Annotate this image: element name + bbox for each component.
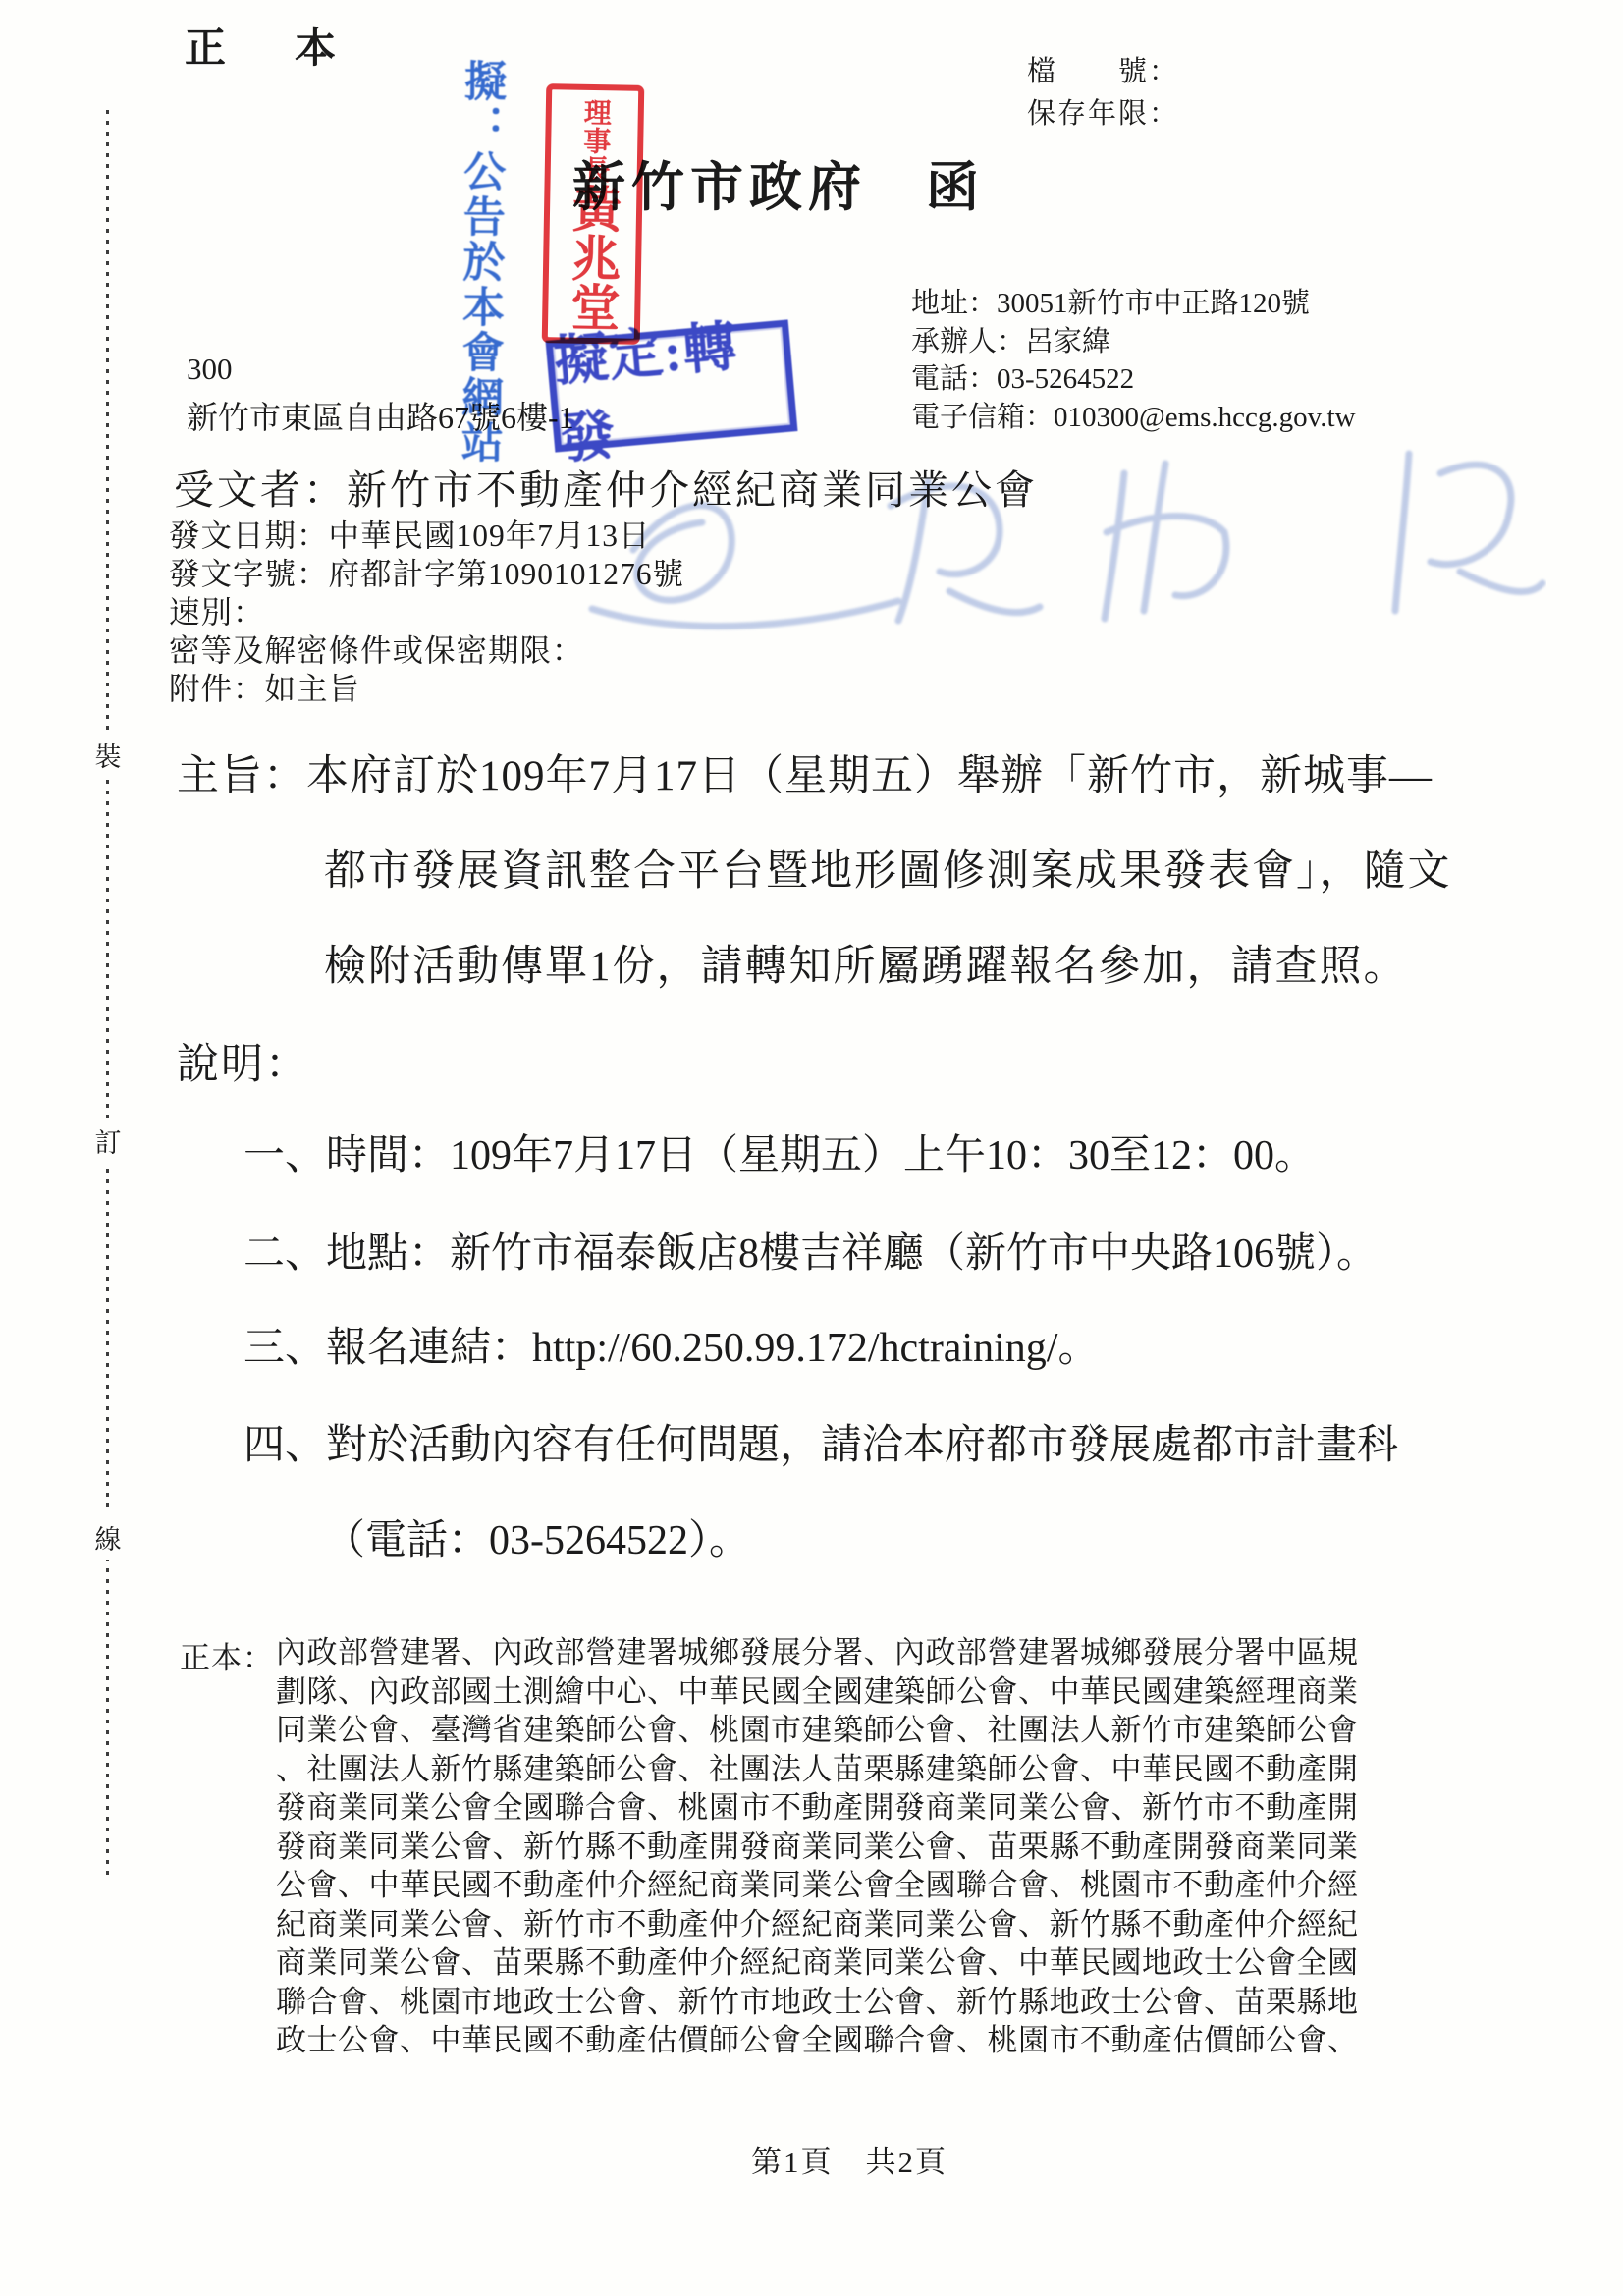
distribution-line: 政士公會、中華民國不動產估價師公會全國聯合會、桃園市不動產估價師公會、 — [276, 2021, 1434, 2060]
sender-phone: 電話：03-5264522 — [911, 360, 1356, 399]
distribution-line: 紀商業同業公會、新竹市不動產仲介經紀商業同業公會、新竹縣不動產仲介經紀 — [276, 1905, 1434, 1944]
scanned-official-letter: 裝 訂 線 正 本 檔 號： 保存年限： 新竹市政府 函 地址：30051新竹市… — [0, 0, 1623, 2296]
sender-address: 地址：30051新竹市中正路120號 — [911, 285, 1356, 323]
file-number-block: 檔 號： 保存年限： — [1027, 51, 1179, 136]
explanation-item-2: 二、地點：新竹市福泰飯店8樓吉祥廳（新竹市中央路106號）。 — [243, 1221, 1378, 1280]
binding-dotted-line — [106, 110, 109, 1881]
recipient-street-address: 新竹市東區自由路67號6樓-1 — [187, 393, 574, 438]
explanation-item-1: 一、時間：109年7月17日（星期五）上午10：30至12：00。 — [243, 1122, 1316, 1181]
handwritten-blue-note: 擬：公告於本會網站 — [448, 59, 513, 571]
chairman-name-stamp: 理事長黃兆堂 — [542, 83, 645, 345]
handwritten-signature-scribble — [574, 412, 1546, 668]
binding-mark-ding: 訂 — [91, 1118, 125, 1164]
subject-line-2: 都市發展資訊整合平台暨地形圖修測案成果發表會」，隨文 — [324, 838, 1452, 898]
page-number-footer: 第1頁 共2頁 — [751, 2137, 947, 2181]
retention-period-label: 保存年限： — [1027, 93, 1179, 136]
distribution-line: 、社團法人新竹縣建築師公會、社團法人苗栗縣建築師公會、中華民國不動產開 — [276, 1750, 1434, 1789]
chairman-stamp-name: 黃兆堂 — [564, 183, 622, 331]
explanation-heading: 說明： — [177, 1031, 309, 1091]
explanation-item-3: 三、報名連結：http://60.250.99.172/hctraining/。 — [243, 1315, 1099, 1374]
explanation-item-4-continued: （電話：03-5264522）。 — [324, 1507, 750, 1566]
binding-mark-xian: 線 — [91, 1514, 125, 1560]
subject-line-3: 檢附活動傳單1份，請轉知所屬踴躍報名參加，請查照。 — [324, 933, 1408, 993]
distribution-line: 發商業同業公會、新竹縣不動產開發商業同業公會、苗栗縣不動產開發商業同業 — [276, 1828, 1434, 1867]
sender-contact-person: 承辦人：呂家緯 — [911, 323, 1356, 361]
distribution-line: 劃隊、內政部國土測繪中心、中華民國全國建築師公會、中華民國建築經理商業 — [276, 1672, 1434, 1712]
distribution-line: 聯合會、桃園市地政士公會、新竹市地政士公會、新竹縣地政士公會、苗栗縣地 — [276, 1983, 1434, 2022]
distribution-label: 正本： — [180, 1633, 274, 1677]
distribution-line: 商業同業公會、苗栗縣不動產仲介經紀商業同業公會、中華民國地政士公會全國 — [276, 1943, 1434, 1983]
subject-line-1: 主旨：本府訂於109年7月17日（星期五）舉辦「新竹市，新城事— — [177, 742, 1433, 802]
file-number-label: 檔 號： — [1027, 51, 1179, 93]
explanation-item-4: 四、對於活動內容有任何問題，請洽本府都市發展處都市計畫科 — [243, 1412, 1398, 1471]
distribution-line: 同業公會、臺灣省建築師公會、桃園市建築師公會、社團法人新竹市建築師公會 — [276, 1711, 1434, 1750]
chairman-stamp-title: 理事長 — [579, 97, 612, 184]
distribution-line: 公會、中華民國不動產仲介經紀商業同業公會全國聯合會、桃園市不動產仲介經 — [276, 1866, 1434, 1905]
distribution-line: 發商業同業公會全國聯合會、桃園市不動產開發商業同業公會、新竹市不動產開 — [276, 1788, 1434, 1828]
distribution-line: 內政部營建署、內政部營建署城鄉發展分署、內政部營建署城鄉發展分署中區規 — [276, 1633, 1434, 1672]
chairman-stamp-text: 理事長黃兆堂 — [567, 97, 620, 331]
attachment-note: 附件：如主旨 — [169, 670, 684, 708]
copy-type-label: 正 本 — [185, 16, 350, 75]
recipient-zip: 300 — [187, 352, 233, 387]
binding-mark-zhuang: 裝 — [91, 732, 125, 778]
distribution-list: 內政部營建署、內政部營建署城鄉發展分署、內政部營建署城鄉發展分署中區規 劃隊、內… — [276, 1633, 1434, 2060]
